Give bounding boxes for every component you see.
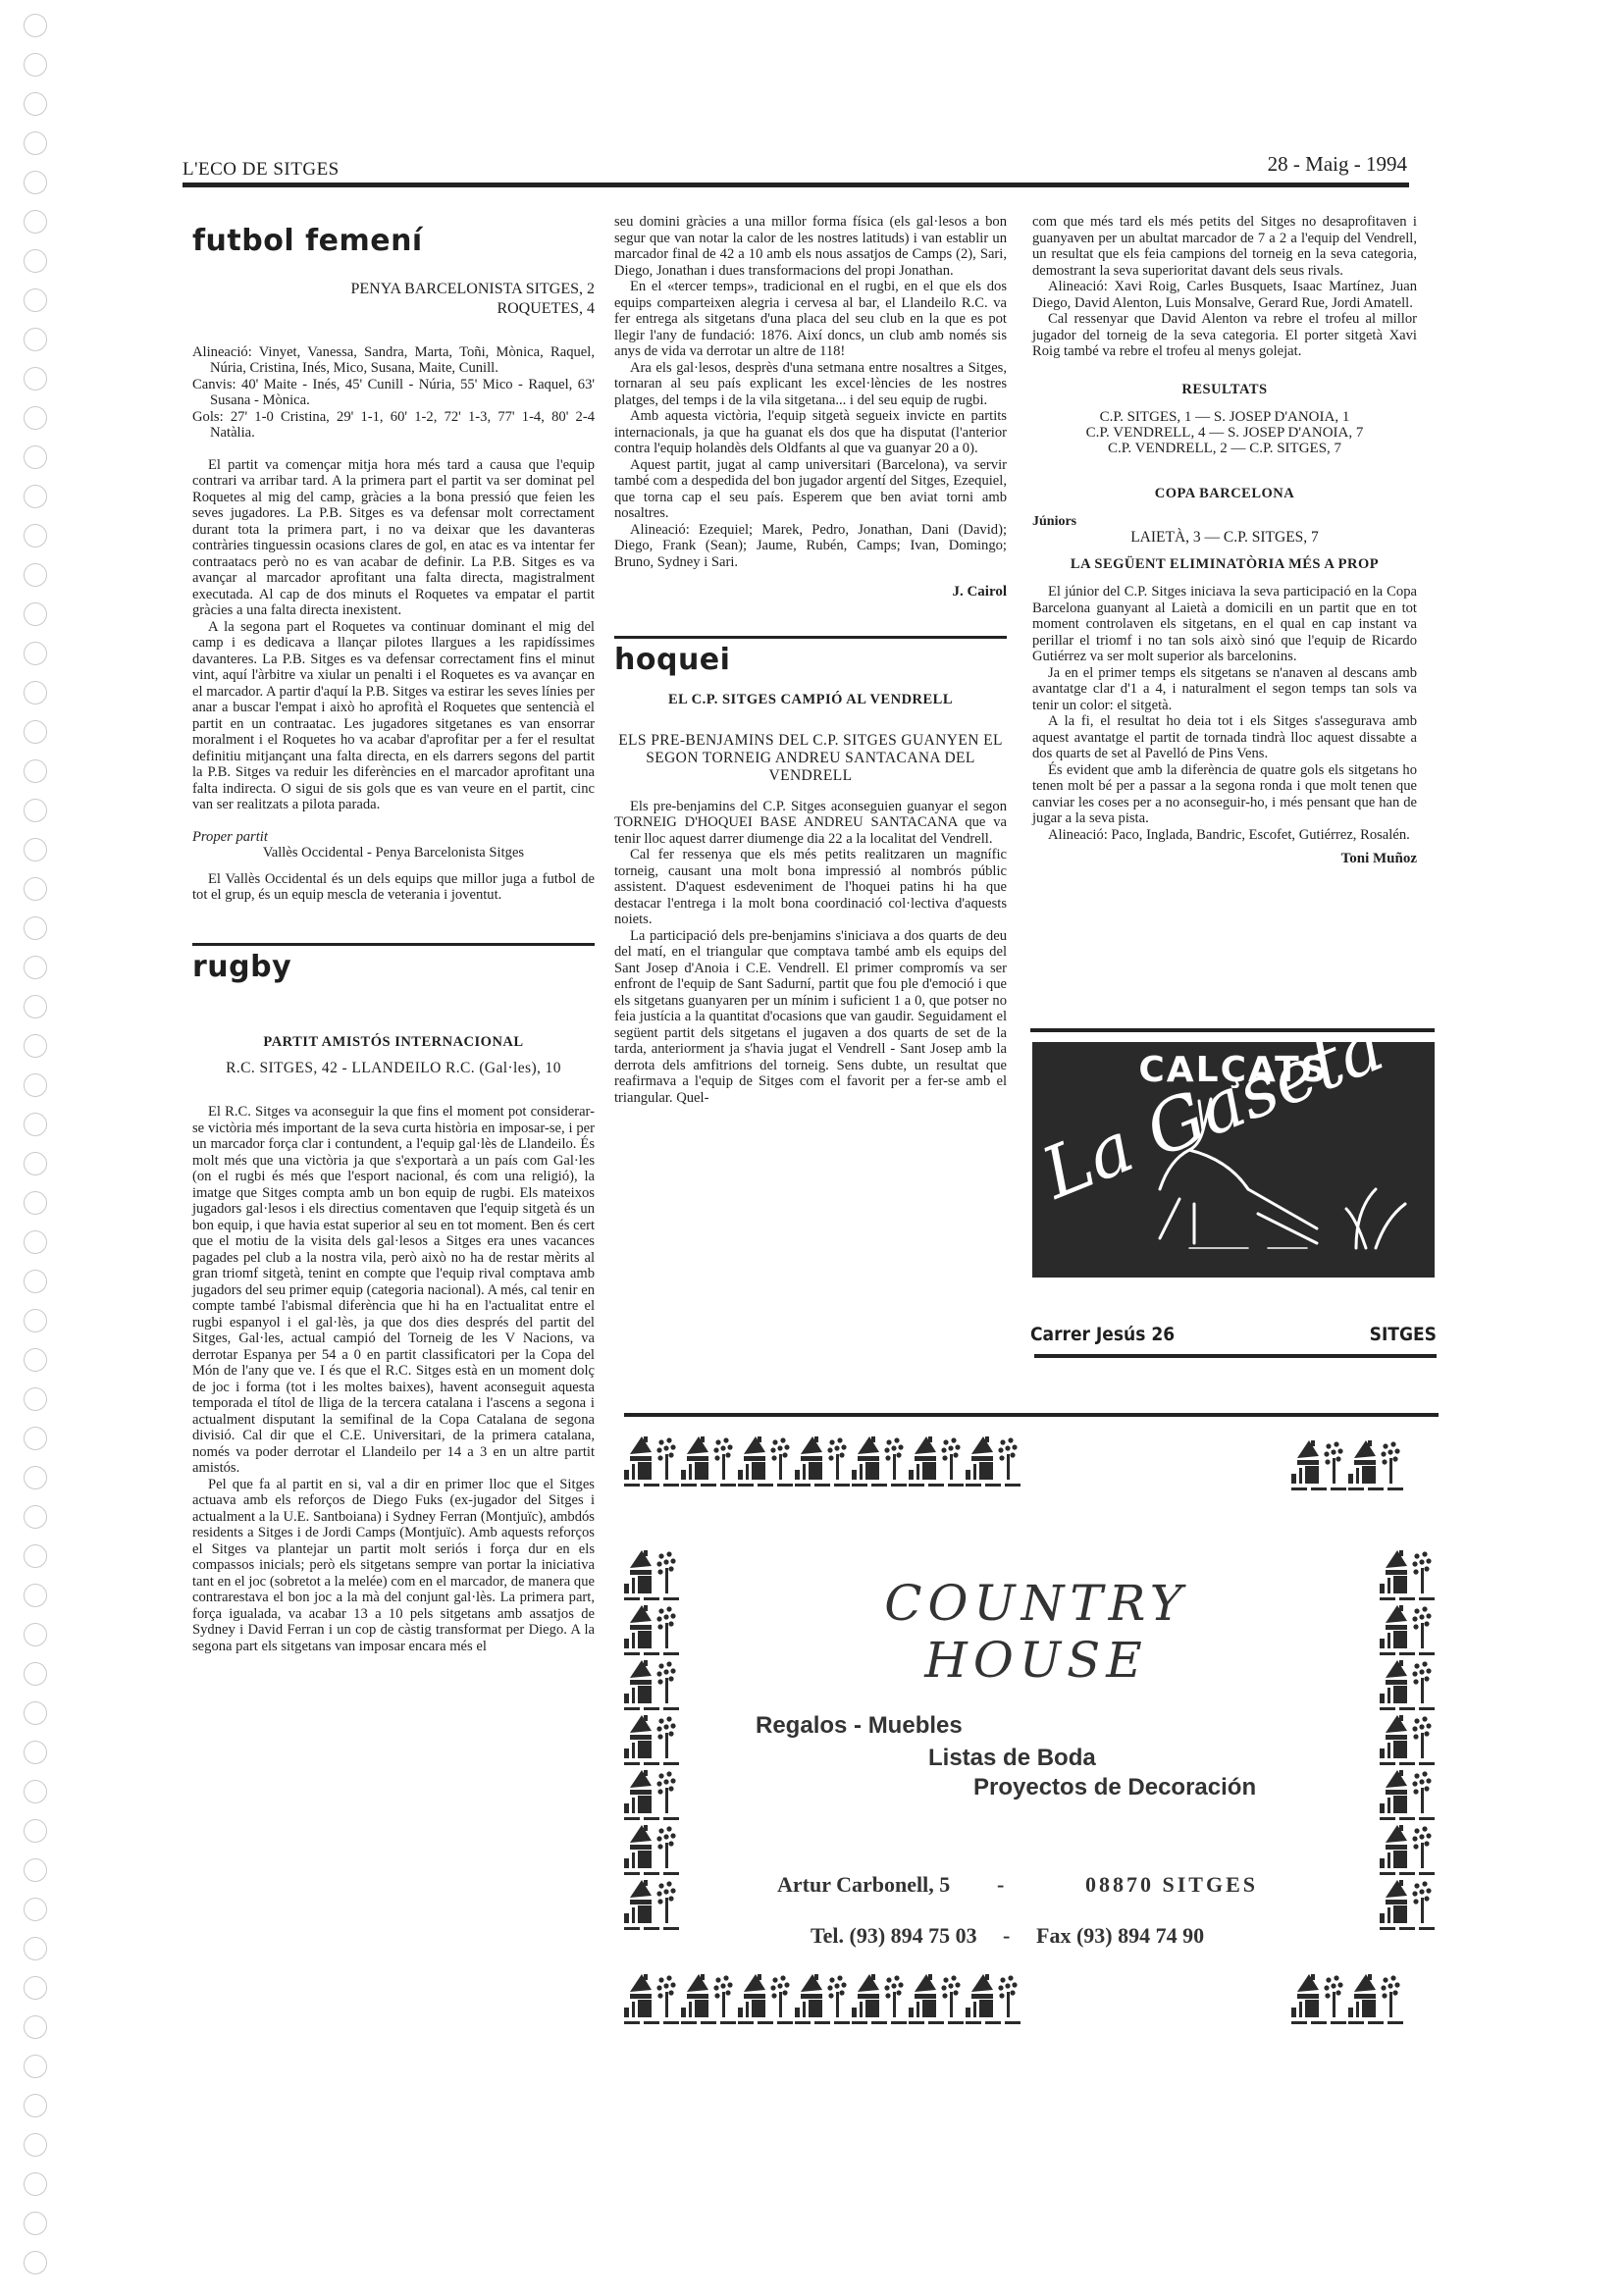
house-tree-icon <box>852 1433 909 1489</box>
binder-hole <box>24 720 47 744</box>
binder-hole <box>24 1034 47 1058</box>
binder-hole <box>24 249 47 273</box>
paragraph: Alineació: Paco, Inglada, Bandric, Escof… <box>1032 827 1417 844</box>
binder-hole <box>24 92 47 116</box>
issue-date: 28 - Maig - 1994 <box>1268 152 1407 177</box>
hoquei-headline: EL C.P. SITGES CAMPIÓ AL VENDRELL <box>614 692 1007 708</box>
ad-gaseta-city: SITGES <box>1370 1324 1437 1345</box>
section-title-hoquei: hoquei <box>614 652 1007 669</box>
rugby-headline: PARTIT AMISTÓS INTERNACIONAL <box>192 1034 595 1051</box>
result-row: C.P. SITGES, 1 — S. JOSEP D'ANOIA, 1 <box>1032 409 1417 425</box>
house-tree-icon <box>1291 1970 1348 2027</box>
binder-hole <box>24 642 47 665</box>
result-row: C.P. VENDRELL, 4 — S. JOSEP D'ANOIA, 7 <box>1032 425 1417 441</box>
house-tree-icon <box>624 1433 681 1489</box>
paragraph: Cal fer ressenya que els més petits real… <box>614 847 1007 928</box>
house-tree-icon <box>1348 1970 1405 2027</box>
binder-hole <box>24 2094 47 2117</box>
hoquei-subhead: ELS PRE-BENJAMINS DEL C.P. SITGES GUANYE… <box>614 732 1007 785</box>
ad-country-address: Artur Carbonell, 5 <box>777 1872 950 1898</box>
house-tree-icon <box>1380 1601 1437 1658</box>
ad-country-sep: - <box>997 1872 1004 1898</box>
binder-hole <box>24 681 47 704</box>
results-list: C.P. SITGES, 1 — S. JOSEP D'ANOIA, 1 C.P… <box>1032 409 1417 456</box>
ad-rule-bottom <box>1034 1354 1437 1358</box>
running-head: L'ECO DE SITGES 28 - Maig - 1994 <box>183 155 1407 184</box>
ad-country-house: COUNTRY HOUSE Regalos - Muebles Listas d… <box>624 1433 1439 2021</box>
ad-rule-top <box>624 1413 1439 1417</box>
binder-hole <box>24 328 47 351</box>
binder-hole <box>24 14 47 37</box>
binder-hole <box>24 799 47 822</box>
binder-hole <box>24 1858 47 1882</box>
binder-hole <box>24 1584 47 1607</box>
author-hoquei: Toni Muñoz <box>1032 851 1417 867</box>
binder-hole <box>24 877 47 901</box>
ad-country-line1: Regalos - Muebles <box>756 1712 963 1740</box>
paragraph: És evident que amb la diferència de quat… <box>1032 762 1417 827</box>
paragraph: Amb aquesta victòria, l'equip sitgetà se… <box>614 408 1007 457</box>
house-tree-icon <box>1380 1766 1437 1823</box>
binder-hole <box>24 131 47 155</box>
binder-hole <box>24 1387 47 1411</box>
binder-hole <box>24 1309 47 1332</box>
binder-hole <box>24 956 47 979</box>
binder-hole <box>24 288 47 312</box>
house-tree-icon <box>624 1970 681 2027</box>
house-tree-icon <box>795 1970 852 2027</box>
cup-category: Júniors <box>1032 514 1417 531</box>
house-tree-icon <box>1380 1656 1437 1713</box>
binder-hole <box>24 2015 47 2039</box>
result-row: C.P. VENDRELL, 2 — C.P. SITGES, 7 <box>1032 441 1417 456</box>
paragraph: Ja en el primer temps els sitgetans se n… <box>1032 665 1417 714</box>
paragraph: El R.C. Sitges va aconseguir la que fins… <box>192 1104 595 1477</box>
column-3: com que més tard els més petits del Sitg… <box>1032 214 1417 867</box>
cup-score: LAIETÀ, 3 — C.P. SITGES, 7 <box>1032 530 1417 547</box>
paragraph: Aquest partit, jugat al camp universitar… <box>614 457 1007 522</box>
lineup: Alineació: Vinyet, Vanessa, Sandra, Mart… <box>192 344 595 377</box>
ad-la-gaseta: CALÇATS La Gaseta <box>1032 1042 1435 1278</box>
house-tree-icon <box>681 1433 738 1489</box>
binder-hole <box>24 210 47 234</box>
house-tree-icon <box>624 1821 681 1878</box>
paragraph: A la segona part el Roquetes va continua… <box>192 619 595 813</box>
ad-country-fax: Fax (93) 894 74 90 <box>1036 1923 1204 1949</box>
binder-hole <box>24 916 47 940</box>
paragraph: Ara els gal·lesos, desprès d'una setmana… <box>614 360 1007 409</box>
binder-hole <box>24 2055 47 2078</box>
binder-hole <box>24 406 47 430</box>
binder-hole <box>24 445 47 469</box>
binder-hole <box>24 1819 47 1843</box>
column-1: futbol femení PENYA BARCELONISTA SITGES,… <box>192 234 595 1654</box>
paragraph: Cal ressenyar que David Alenton va rebre… <box>1032 311 1417 360</box>
results-title: RESULTATS <box>1032 382 1417 398</box>
house-tree-icon <box>795 1433 852 1489</box>
ad-country-tel: Tel. (93) 894 75 03 <box>811 1923 977 1949</box>
binder-hole <box>24 1270 47 1293</box>
section-title-futbol: futbol femení <box>192 234 595 250</box>
ad-country-line3: Proyectos de Decoración <box>973 1774 1256 1801</box>
ad-gaseta-address: Carrer Jesús 26 <box>1030 1324 1175 1345</box>
binder-hole <box>24 1191 47 1215</box>
author-rugby: J. Cairol <box>614 584 1007 600</box>
paragraph: Alineació: Xavi Roig, Carles Busquets, I… <box>1032 279 1417 311</box>
header-rule <box>183 183 1409 187</box>
binder-hole <box>24 563 47 587</box>
next-match-label: Proper partit <box>192 829 595 846</box>
ad-country-line2: Listas de Boda <box>928 1745 1096 1772</box>
binder-hole <box>24 367 47 391</box>
house-tree-icon <box>738 1433 795 1489</box>
paragraph: seu domini gràcies a una millor forma fí… <box>614 214 1007 279</box>
ad-country-sep: - <box>1003 1923 1010 1949</box>
paragraph: Pel que fa al partit en si, val a dir en… <box>192 1477 595 1655</box>
next-match: Vallès Occidental - Penya Barcelonista S… <box>192 845 595 861</box>
binder-hole <box>24 1230 47 1254</box>
paragraph: El júnior del C.P. Sitges iniciava la se… <box>1032 584 1417 665</box>
house-tree-icon <box>681 1970 738 2027</box>
binder-hole <box>24 2212 47 2235</box>
house-tree-icon <box>1348 1436 1405 1493</box>
binder-hole <box>24 2133 47 2157</box>
binder-hole <box>24 1113 47 1136</box>
rugby-score: R.C. SITGES, 42 - LLANDEILO R.C. (Gal·le… <box>192 1061 595 1077</box>
binder-hole <box>24 1662 47 1686</box>
paragraph: A la fi, el resultat ho deia tot i els S… <box>1032 713 1417 762</box>
binder-hole <box>24 1780 47 1803</box>
paragraph: Els pre-benjamins del C.P. Sitges aconse… <box>614 799 1007 848</box>
binder-hole <box>24 1976 47 2000</box>
binder-hole <box>24 2172 47 2196</box>
column-2: seu domini gràcies a una millor forma fí… <box>614 214 1007 1106</box>
substitutions: Canvis: 40' Maite - Inés, 45' Cunill - N… <box>192 377 595 409</box>
binder-hole <box>24 838 47 861</box>
goals: Gols: 27' 1-0 Cristina, 29' 1-1, 60' 1-2… <box>192 409 595 442</box>
paragraph: En el «tercer temps», tradicional en el … <box>614 279 1007 360</box>
house-tree-icon <box>1380 1546 1437 1603</box>
binder-hole <box>24 1152 47 1175</box>
binder-hole <box>24 759 47 783</box>
house-tree-icon <box>1380 1876 1437 1933</box>
binder-hole <box>24 485 47 508</box>
house-tree-icon <box>624 1876 681 1933</box>
binder-hole <box>24 1073 47 1097</box>
house-tree-icon <box>1291 1436 1348 1493</box>
house-tree-icon <box>624 1601 681 1658</box>
binder-hole <box>24 1544 47 1568</box>
house-tree-icon <box>738 1970 795 2027</box>
binder-hole <box>24 2251 47 2274</box>
binder-hole <box>24 1466 47 1489</box>
publication-name: L'ECO DE SITGES <box>183 159 340 181</box>
house-tree-icon <box>966 1433 1022 1489</box>
binder-hole <box>24 602 47 626</box>
binder-hole <box>24 1505 47 1529</box>
cup-title: COPA BARCELONA <box>1032 486 1417 502</box>
binder-hole <box>24 1427 47 1450</box>
binder-hole <box>24 1898 47 1921</box>
house-tree-icon <box>1380 1711 1437 1768</box>
paragraph: El Vallès Occidental és un dels equips q… <box>192 871 595 904</box>
house-tree-icon <box>852 1970 909 2027</box>
ad-country-name: COUNTRY HOUSE <box>771 1575 1301 1689</box>
match-teams: PENYA BARCELONISTA SITGES, 2 ROQUETES, 4 <box>192 280 595 319</box>
paragraph: com que més tard els més petits del Sitg… <box>1032 214 1417 279</box>
house-tree-icon <box>624 1656 681 1713</box>
house-tree-icon <box>624 1711 681 1768</box>
house-tree-icon <box>624 1766 681 1823</box>
cup-headline: LA SEGÜENT ELIMINATÒRIA MÉS A PROP <box>1032 556 1417 573</box>
house-tree-icon <box>966 1970 1022 2027</box>
binder-hole <box>24 1348 47 1372</box>
binder-hole <box>24 1623 47 1646</box>
binder-hole <box>24 53 47 77</box>
house-tree-icon <box>909 1433 966 1489</box>
house-tree-icon <box>909 1970 966 2027</box>
house-tree-icon <box>624 1546 681 1603</box>
section-title-rugby: rugby <box>192 960 595 976</box>
paragraph: Alineació: Ezequiel; Marek, Pedro, Jonat… <box>614 522 1007 571</box>
paragraph: La participació dels pre-benjamins s'ini… <box>614 928 1007 1107</box>
binder-holes <box>24 14 53 2290</box>
binder-hole <box>24 1937 47 1960</box>
binder-hole <box>24 1741 47 1764</box>
binder-hole <box>24 995 47 1018</box>
ad-country-postal: 08870 SITGES <box>1085 1872 1258 1898</box>
binder-hole <box>24 524 47 548</box>
house-tree-icon <box>1380 1821 1437 1878</box>
binder-hole <box>24 171 47 194</box>
binder-hole <box>24 1701 47 1725</box>
paragraph: El partit va començar mitja hora més tar… <box>192 457 595 619</box>
